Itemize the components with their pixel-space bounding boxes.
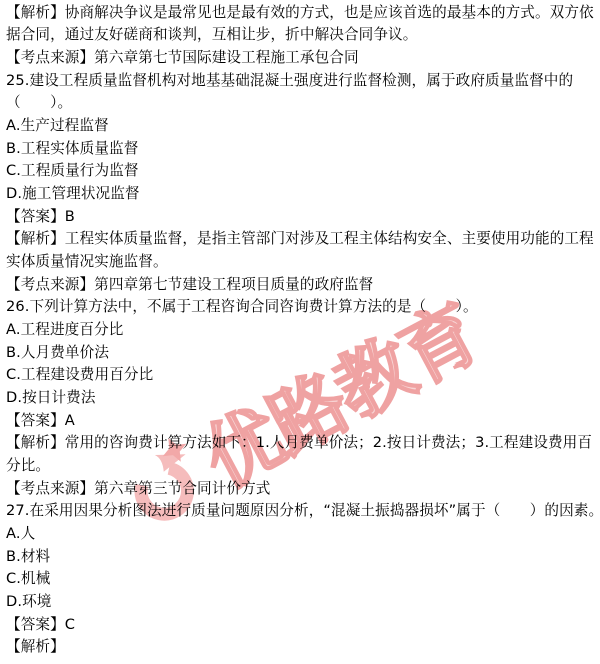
- q24-source-line: 【考点来源】第六章第七节国际建设工程施工承包合同: [6, 47, 600, 70]
- q25-option-a: A.生产过程监督: [6, 115, 600, 138]
- q27-option-c: C.机械: [6, 568, 600, 591]
- q26-analysis-line-2: 分比。: [6, 455, 600, 478]
- q26-source-line: 【考点来源】第六章第三节合同计价方式: [6, 478, 600, 501]
- q25-answer-line: 【答案】B: [6, 206, 600, 229]
- q26-option-b: B.人月费单价法: [6, 342, 600, 365]
- q25-option-c: C.工程质量行为监督: [6, 160, 600, 183]
- q26-option-c: C.工程建设费用百分比: [6, 364, 600, 387]
- q26-answer-line: 【答案】A: [6, 410, 600, 433]
- q24-analysis-line-2: 据合同，通过友好磋商和谈判，互相让步，折中解决合同争议。: [6, 24, 600, 47]
- document-page: 【解析】协商解决争议是最常见也是最有效的方式，也是应该首选的最基本的方式。双方依…: [0, 0, 600, 664]
- q27-option-a: A.人: [6, 523, 600, 546]
- q27-answer-line: 【答案】C: [6, 614, 600, 637]
- q26-analysis-line-1: 【解析】常用的咨询费计算方法如下：1.人月费单价法；2.按日计费法；3.工程建设…: [6, 432, 600, 455]
- q24-analysis-line-1: 【解析】协商解决争议是最常见也是最有效的方式，也是应该首选的最基本的方式。双方依: [6, 2, 600, 25]
- q25-analysis-line-2: 实体质量情况实施监督。: [6, 251, 600, 274]
- q25-stem-line-1: 25.建设工程质量监督机构对地基基础混凝土强度进行监督检测，属于政府质量监督中的: [6, 70, 600, 93]
- q27-analysis-label: 【解析】: [6, 636, 600, 659]
- q27-option-d: D.环境: [6, 591, 600, 614]
- q26-option-d: D.按日计费法: [6, 387, 600, 410]
- q25-stem-line-2: （ ）。: [6, 92, 600, 115]
- q25-source-line: 【考点来源】第四章第七节建设工程项目质量的政府监督: [6, 274, 600, 297]
- q26-option-a: A.工程进度百分比: [6, 319, 600, 342]
- q25-option-d: D.施工管理状况监督: [6, 183, 600, 206]
- q25-analysis-line-1: 【解析】工程实体质量监督，是指主管部门对涉及工程主体结构安全、主要使用功能的工程: [6, 228, 600, 251]
- q27-stem-line: 27.在采用因果分析图法进行质量问题原因分析，“混凝土振捣器损坏”属于（ ）的因…: [6, 500, 600, 523]
- q27-option-b: B.材料: [6, 546, 600, 569]
- q26-stem-line: 26.下列计算方法中，不属于工程咨询合同咨询费计算方法的是（ ）。: [6, 296, 600, 319]
- q25-option-b: B.工程实体质量监督: [6, 138, 600, 161]
